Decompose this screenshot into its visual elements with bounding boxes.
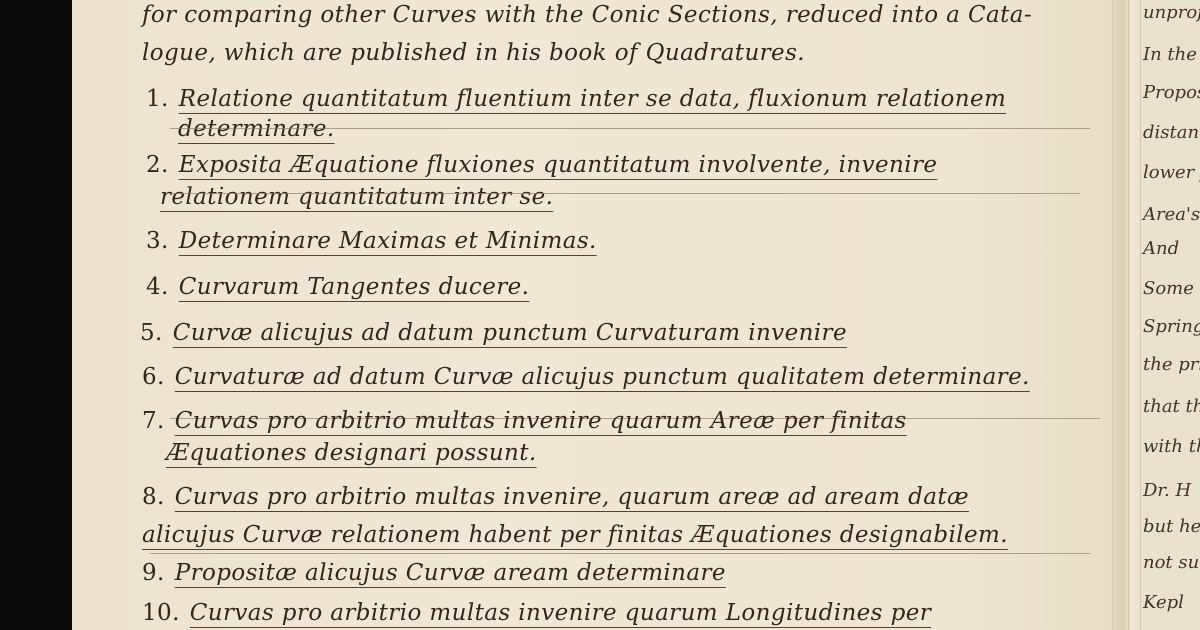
list-item-1-cont: determinare. <box>178 116 335 142</box>
facing-text-line: not su <box>1143 552 1199 573</box>
facing-text-line: unprofi <box>1143 2 1200 23</box>
dark-background-edge <box>0 0 72 630</box>
facing-text-line: Kepl <box>1143 592 1184 613</box>
facing-text-line: In the <box>1143 44 1197 65</box>
list-item-9: 9.Propositæ alicujus Curvæ aream determi… <box>142 560 726 586</box>
facing-page: unprofi In the Proposition distance lowe… <box>1140 0 1200 630</box>
facing-text-line: distance <box>1143 122 1200 143</box>
facing-text-line: the prim <box>1143 354 1200 375</box>
gutter-fold-line <box>1128 0 1129 630</box>
list-item-5: 5.Curvæ alicujus ad datum punctum Curvat… <box>140 320 847 346</box>
ruled-line <box>170 193 1080 194</box>
item-text: Relatione quantitatum fluentium inter se… <box>179 86 1006 112</box>
list-item-8-cont: alicujus Curvæ relationem habent per fin… <box>142 522 1008 548</box>
intro-line-1: for comparing other Curves with the Coni… <box>142 2 1032 28</box>
facing-text-line: that th <box>1143 396 1200 417</box>
facing-text-line: Dr. H <box>1143 480 1191 501</box>
list-item-7: 7.Curvas pro arbitrio multas invenire qu… <box>142 408 907 434</box>
facing-text-line: Area's pr <box>1143 204 1200 225</box>
facing-text-line: but he <box>1143 516 1200 537</box>
ruled-line <box>150 553 1090 554</box>
facing-text-line: with th <box>1143 436 1200 457</box>
intro-line-2: logue, which are published in his book o… <box>142 40 805 66</box>
list-item-6: 6.Curvaturæ ad datum Curvæ alicujus punc… <box>142 364 1030 390</box>
facing-text-line: Spring <box>1143 316 1200 337</box>
facing-text-line: Some pro <box>1143 278 1200 299</box>
facing-text-line: lower for <box>1143 162 1200 183</box>
list-item-3: 3.Determinare Maximas et Minimas. <box>146 228 597 254</box>
list-item-10: 10.Curvas pro arbitrio multas invenire q… <box>142 600 931 626</box>
list-item-2: 2.Exposita Æquatione fluxiones quantitat… <box>146 152 937 178</box>
list-item-8: 8.Curvas pro arbitrio multas invenire, q… <box>142 484 969 510</box>
item-number: 1. <box>146 86 169 112</box>
facing-text-line: Proposition <box>1143 82 1200 103</box>
ruled-line <box>170 128 1090 129</box>
list-item-1: 1.Relatione quantitatum fluentium inter … <box>146 86 1006 112</box>
list-item-2-cont: relationem quantitatum inter se. <box>160 184 553 210</box>
facing-text-line: And <box>1143 238 1179 259</box>
list-item-7-cont: Æquationes designari possunt. <box>166 440 537 466</box>
list-item-4: 4.Curvarum Tangentes ducere. <box>146 274 529 300</box>
